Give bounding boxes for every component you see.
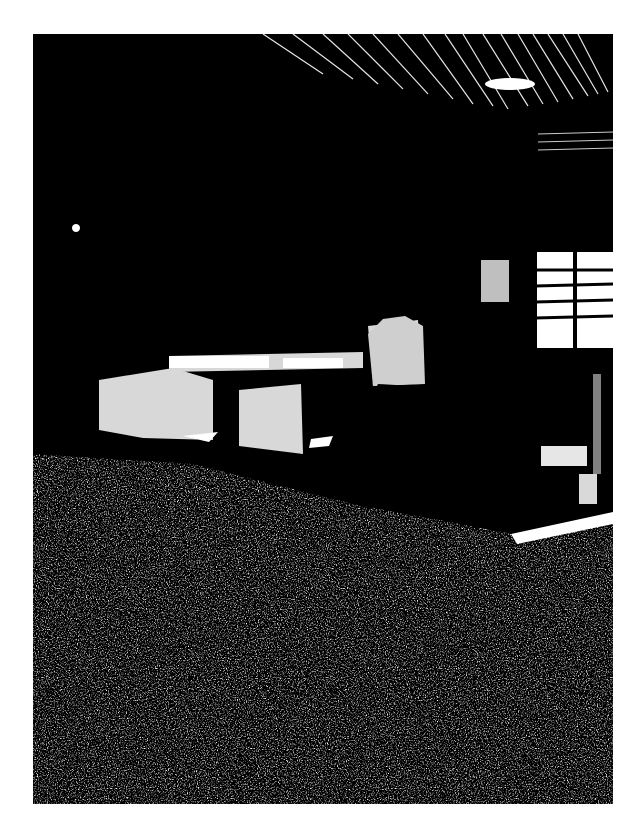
ceiling-light — [485, 78, 535, 90]
roof-slats — [263, 34, 608, 109]
photograph — [33, 34, 613, 804]
right-opening — [481, 132, 613, 354]
gravel-ground — [33, 434, 613, 804]
wall-light-speck — [72, 224, 80, 232]
person — [309, 316, 425, 524]
